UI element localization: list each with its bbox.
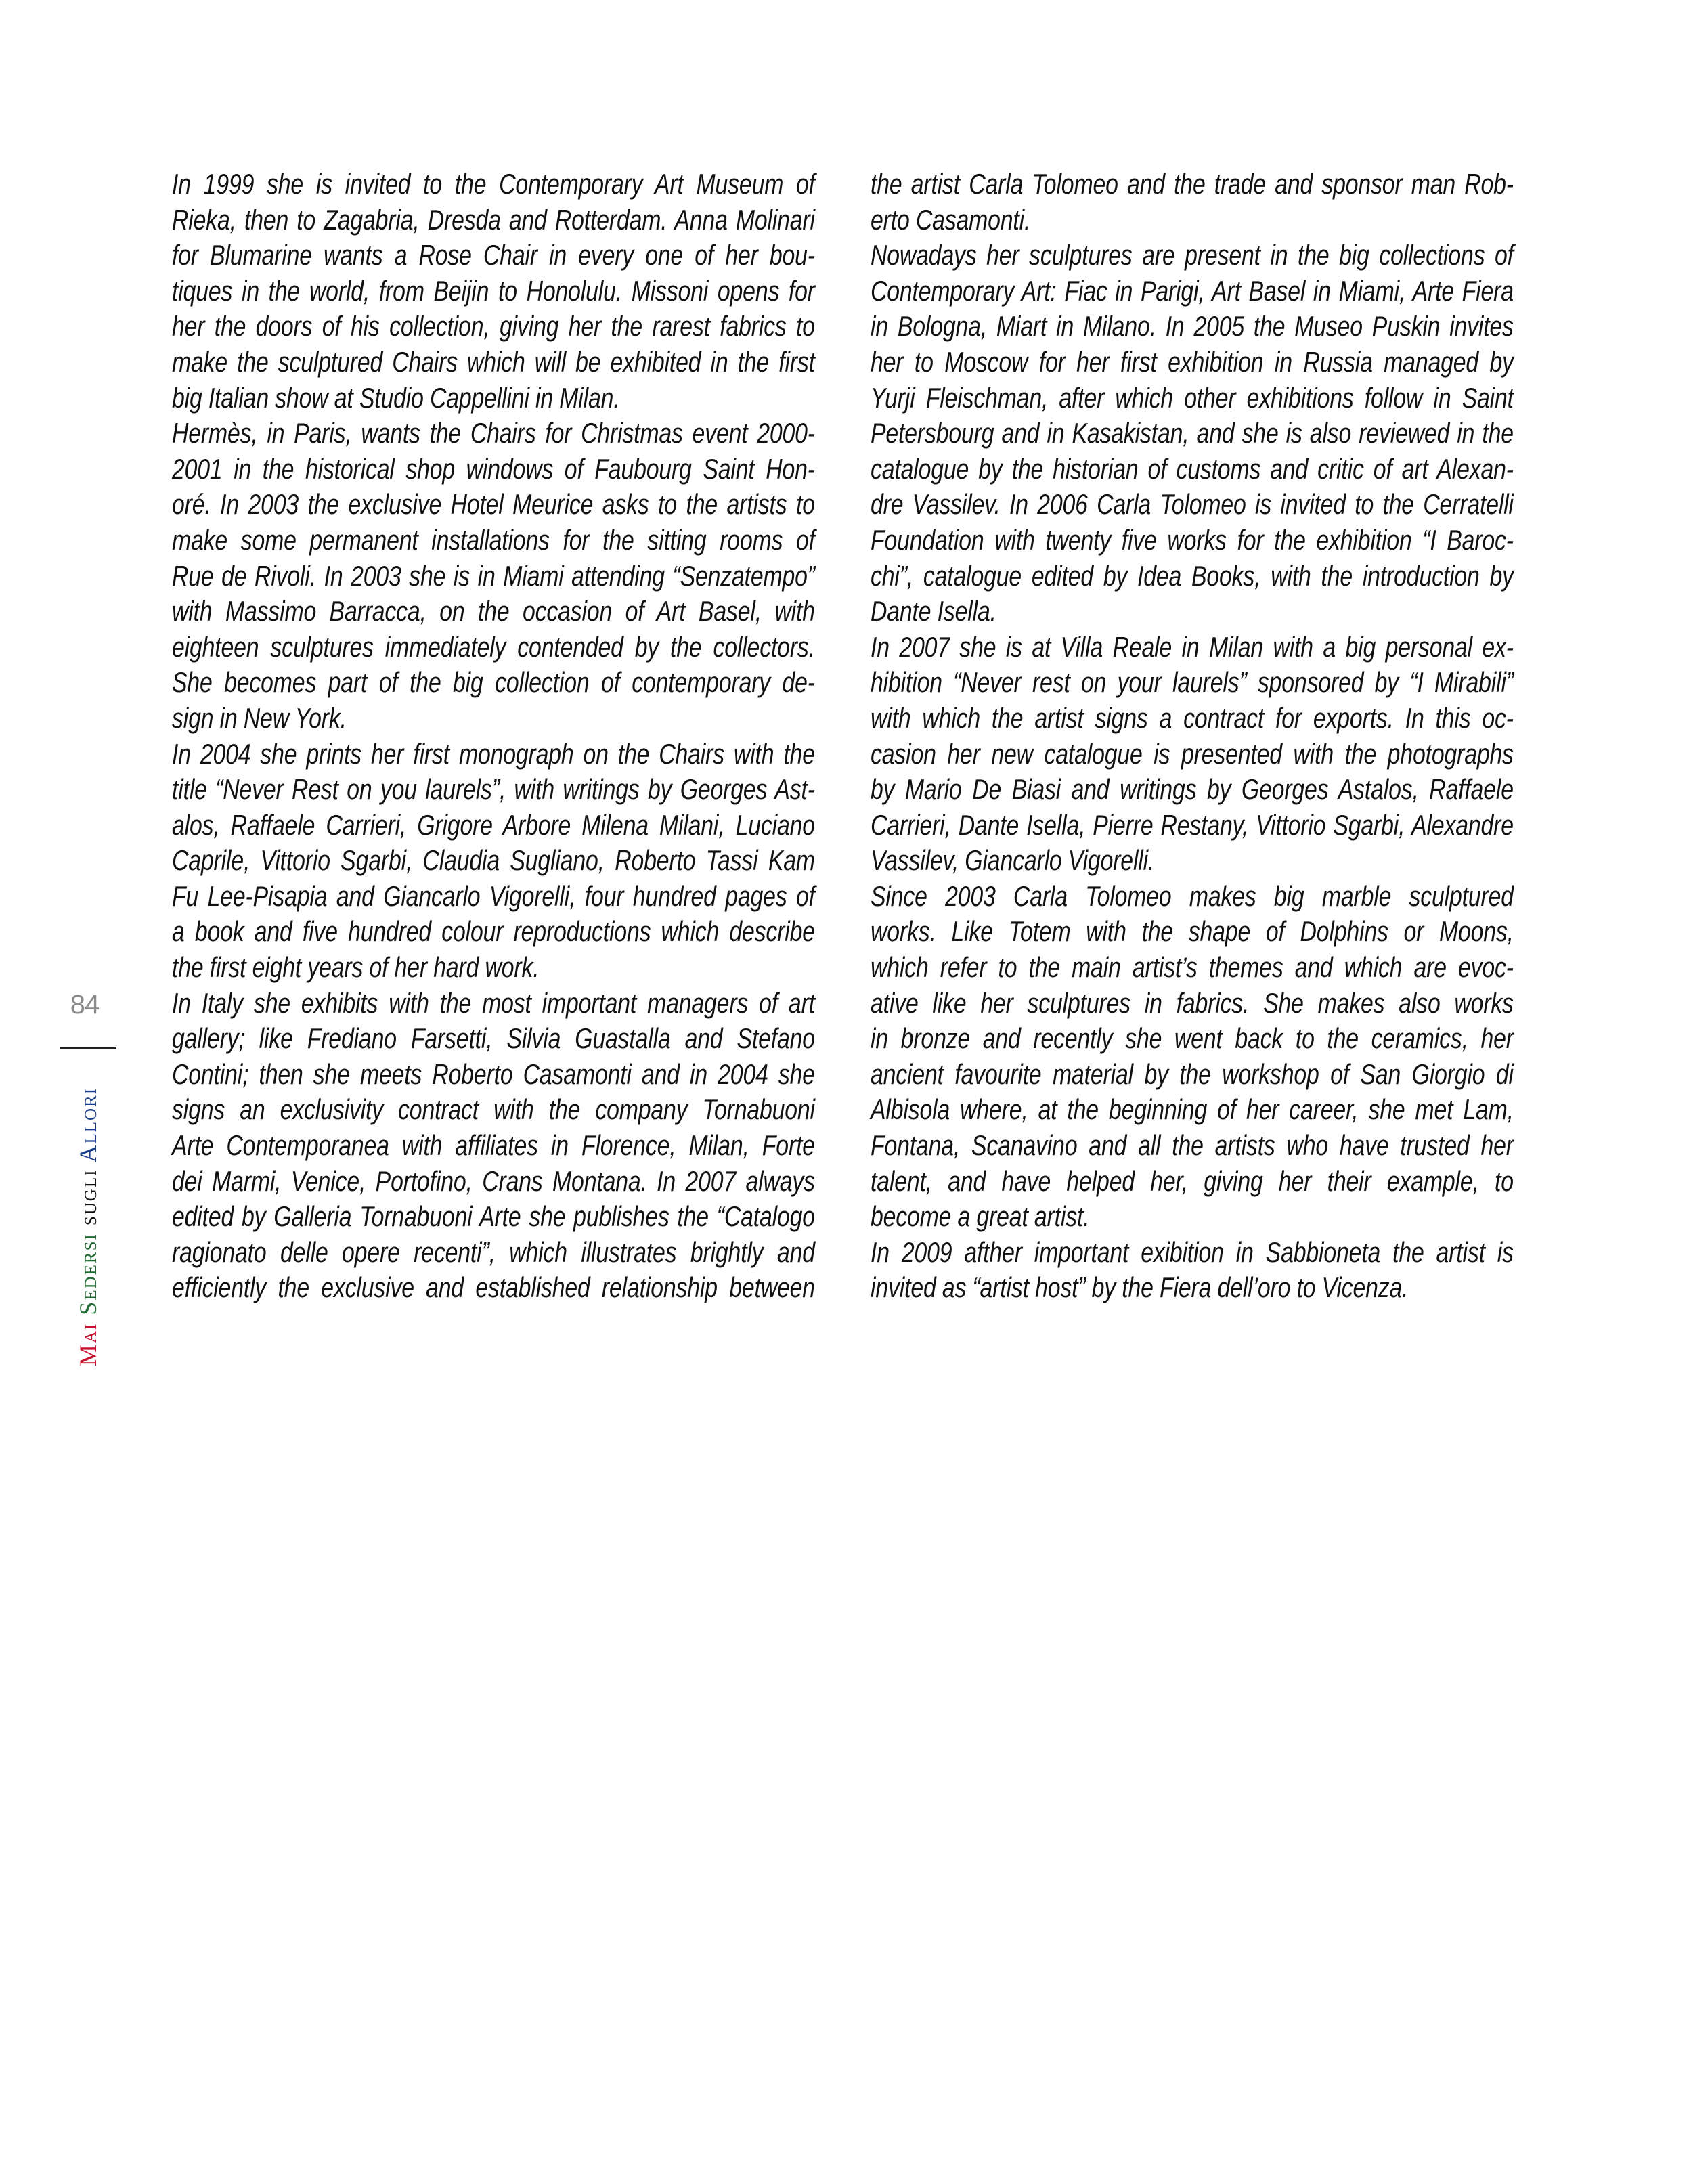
text-line: In 2009 afther important exibition in Sa… <box>871 1235 1514 1271</box>
text-line: big Italian show at Studio Cappellini in… <box>172 380 815 416</box>
text-line: oré. In 2003 the exclusive Hotel Meurice… <box>172 487 815 523</box>
body-paragraph: In Italy she exhibits with the most impo… <box>172 986 815 1306</box>
left-text-column: In 1999 she is invited to the Contempora… <box>172 167 815 1306</box>
text-line: dre Vassilev. In 2006 Carla Tolomeo is i… <box>871 487 1514 523</box>
running-title-vertical: Mai Sedersi sugli Allori <box>74 1087 102 1366</box>
text-line: for Blumarine wants a Rose Chair in ever… <box>172 238 815 274</box>
text-line: erto Casamonti. <box>871 202 1514 238</box>
text-line: alos, Raffaele Carrieri, Grigore Arbore … <box>172 808 815 844</box>
running-title-word-allori: Allori <box>74 1087 102 1163</box>
text-line: Arte Contemporanea with affiliates in Fl… <box>172 1128 815 1164</box>
text-line: Yurji Fleischman, after which other exhi… <box>871 380 1514 416</box>
text-line: sign in New York. <box>172 701 815 737</box>
body-paragraph: In 1999 she is invited to the Contempora… <box>172 167 815 416</box>
body-paragraph: Hermès, in Paris, wants the Chairs for C… <box>172 416 815 736</box>
text-line: efficiently the exclusive and establishe… <box>172 1270 815 1306</box>
text-line: Vassilev, Giancarlo Vigorelli. <box>871 843 1514 879</box>
text-line: Carrieri, Dante Isella, Pierre Restany, … <box>871 808 1514 844</box>
text-line: eighteen sculptures immediately contende… <box>172 630 815 665</box>
text-line: casion her new catalogue is presented wi… <box>871 737 1514 772</box>
text-line: edited by Galleria Tornabuoni Arte she p… <box>172 1199 815 1235</box>
text-line: make the sculptured Chairs which will be… <box>172 345 815 380</box>
body-paragraph: the artist Carla Tolomeo and the trade a… <box>871 167 1514 238</box>
text-line: ancient favourite material by the worksh… <box>871 1057 1514 1093</box>
body-paragraph: In 2007 she is at Villa Reale in Milan w… <box>871 630 1514 879</box>
text-line: She becomes part of the big collection o… <box>172 665 815 701</box>
text-line: In 1999 she is invited to the Contempora… <box>172 167 815 202</box>
text-line: talent, and have helped her, giving her … <box>871 1164 1514 1200</box>
text-line: hibition “Never rest on your laurels” sp… <box>871 665 1514 701</box>
body-paragraph: In 2004 she prints her first monograph o… <box>172 737 815 986</box>
text-line: Dante Isella. <box>871 594 1514 630</box>
text-line: her the doors of his collection, giving … <box>172 309 815 345</box>
text-line: In 2004 she prints her first monograph o… <box>172 737 815 772</box>
text-line: Foundation with twenty five works for th… <box>871 523 1514 559</box>
text-line: In Italy she exhibits with the most impo… <box>172 986 815 1022</box>
text-line: Rue de Rivoli. In 2003 she is in Miami a… <box>172 559 815 594</box>
text-line: invited as “artist host” by the Fiera de… <box>871 1270 1514 1306</box>
body-paragraph: In 2009 afther important exibition in Sa… <box>871 1235 1514 1306</box>
text-line: make some permanent installations for th… <box>172 523 815 559</box>
text-line: a book and five hundred colour reproduct… <box>172 914 815 950</box>
text-line: the first eight years of her hard work. <box>172 950 815 986</box>
text-line: which refer to the main artist’s themes … <box>871 950 1514 986</box>
text-line: in bronze and recently she went back to … <box>871 1021 1514 1057</box>
page-number-rule <box>60 1047 116 1049</box>
text-line: Fontana, Scanavino and all the artists w… <box>871 1128 1514 1164</box>
text-line: In 2007 she is at Villa Reale in Milan w… <box>871 630 1514 665</box>
page-number: 84 <box>68 990 102 1020</box>
text-line: Contini; then she meets Roberto Casamont… <box>172 1057 815 1093</box>
running-title-word-sugli: sugli <box>74 1169 102 1226</box>
right-text-column: the artist Carla Tolomeo and the trade a… <box>871 167 1514 1306</box>
text-line: become a great artist. <box>871 1199 1514 1235</box>
text-line: ative like her sculptures in fabrics. Sh… <box>871 986 1514 1022</box>
running-title-word-sedersi: Sedersi <box>74 1233 102 1315</box>
text-line: dei Marmi, Venice, Portofino, Crans Mont… <box>172 1164 815 1200</box>
text-line: ragionato delle opere recenti”, which il… <box>172 1235 815 1271</box>
text-line: Fu Lee-Pisapia and Giancarlo Vigorelli, … <box>172 879 815 915</box>
text-line: 2001 in the historical shop windows of F… <box>172 452 815 487</box>
text-line: title “Never Rest on you laurels”, with … <box>172 772 815 808</box>
text-line: with Massimo Barracca, on the occasion o… <box>172 594 815 630</box>
text-line: Petersbourg and in Kasakistan, and she i… <box>871 416 1514 452</box>
text-line: Rieka, then to Zagabria, Dresda and Rott… <box>172 202 815 238</box>
text-line: Caprile, Vittorio Sgarbi, Claudia Suglia… <box>172 843 815 879</box>
text-line: works. Like Totem with the shape of Dolp… <box>871 914 1514 950</box>
text-line: signs an exclusivity contract with the c… <box>172 1092 815 1128</box>
text-line: her to Moscow for her first exhibition i… <box>871 345 1514 380</box>
text-line: Nowadays her sculptures are present in t… <box>871 238 1514 274</box>
text-line: Albisola where, at the beginning of her … <box>871 1092 1514 1128</box>
text-line: catalogue by the historian of customs an… <box>871 452 1514 487</box>
text-line: tiques in the world, from Beijin to Hono… <box>172 274 815 309</box>
text-line: the artist Carla Tolomeo and the trade a… <box>871 167 1514 202</box>
text-line: chi”, catalogue edited by Idea Books, wi… <box>871 559 1514 594</box>
text-line: with which the artist signs a contract f… <box>871 701 1514 737</box>
text-line: by Mario De Biasi and writings by George… <box>871 772 1514 808</box>
running-title-word-mai: Mai <box>74 1323 102 1366</box>
text-line: gallery; like Frediano Farsetti, Silvia … <box>172 1021 815 1057</box>
text-line: Since 2003 Carla Tolomeo makes big marbl… <box>871 879 1514 915</box>
body-paragraph: Since 2003 Carla Tolomeo makes big marbl… <box>871 879 1514 1235</box>
body-paragraph: Nowadays her sculptures are present in t… <box>871 238 1514 630</box>
text-line: Contemporary Art: Fiac in Parigi, Art Ba… <box>871 274 1514 309</box>
text-line: in Bologna, Miart in Milano. In 2005 the… <box>871 309 1514 345</box>
text-line: Hermès, in Paris, wants the Chairs for C… <box>172 416 815 452</box>
